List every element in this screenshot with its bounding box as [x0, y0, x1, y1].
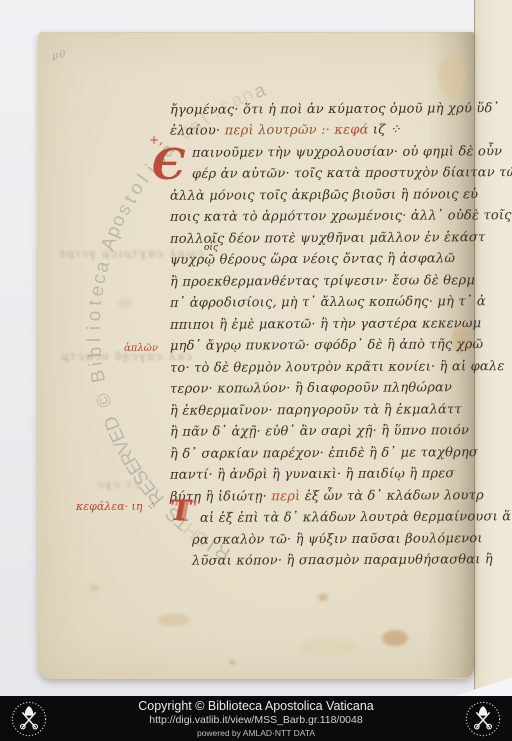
vatican-library-logo-right	[464, 700, 502, 738]
stain	[230, 660, 235, 664]
stain	[318, 594, 328, 601]
vatican-library-logo-left	[10, 700, 48, 738]
gutter-shadow	[428, 32, 474, 678]
ink-bleedthrough: ϲτ ϲγϲ	[96, 478, 140, 491]
stain	[90, 585, 99, 591]
ink-bleedthrough: ϲωμλ ϲαγτριϲμ γϲιμε	[58, 247, 203, 260]
footer-bar: Copyright © Biblioteca Apostolica Vatica…	[0, 696, 512, 741]
stain	[158, 614, 190, 626]
footer-url: http://digi.vatlib.it/view/MSS_Barb.gr.1…	[58, 714, 454, 727]
stain	[298, 638, 358, 656]
footer-caption: Copyright © Biblioteca Apostolica Vatica…	[58, 699, 454, 738]
stain	[382, 630, 408, 646]
stain	[118, 298, 132, 308]
scanned-manuscript-view: μθ ϲωμλ ϲαγτριϲμ γϲιμεϲκλ ϲπγϲηδ υϲαϲτμϲ…	[0, 0, 512, 741]
stain	[452, 326, 468, 354]
footer-copyright: Copyright © Biblioteca Apostolica Vatica…	[58, 699, 454, 715]
ink-bleedthrough: ϲκλ ϲπγϲηδ υϲαϲτμ	[60, 350, 192, 363]
footer-powered-by: powered by AMLAD·NTT DATA	[58, 728, 454, 739]
facing-page-edge	[474, 0, 512, 692]
folio-mark: μθ	[51, 49, 67, 62]
stain	[438, 55, 466, 99]
